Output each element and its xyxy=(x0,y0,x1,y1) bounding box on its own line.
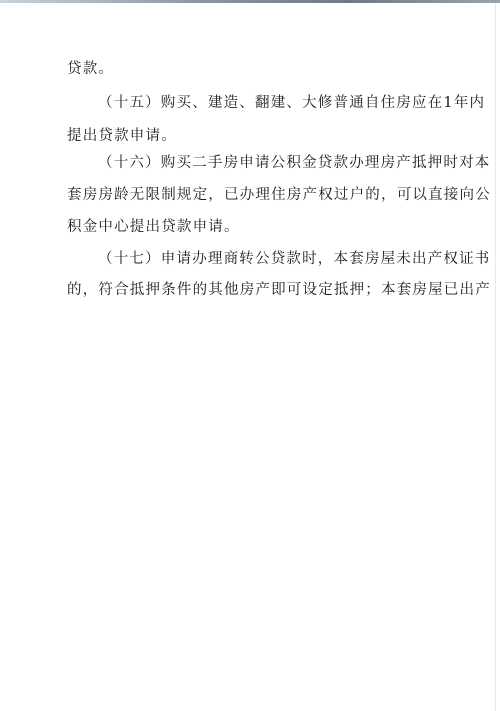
scan-right-edge xyxy=(495,3,496,711)
text-line: 套房房龄无限制规定，已办理住房产权过户的，可以直接向公 xyxy=(67,185,430,205)
text-line: 提出贷款申请。 xyxy=(67,126,430,146)
clause-17: （十七）申请办理商转公贷款时，本套房屋未出产权证书 xyxy=(67,249,461,269)
text-line: 积金中心提出贷款申请。 xyxy=(67,217,430,237)
text-line: 贷款。 xyxy=(67,59,430,79)
scan-top-edge xyxy=(0,0,500,3)
clause-15: （十五）购买、建造、翻建、大修普通自住房应在1年内 xyxy=(67,93,461,113)
text-line: 的，符合抵押条件的其他房产即可设定抵押；本套房屋已出产 xyxy=(67,280,430,300)
clause-16: （十六）购买二手房申请公积金贷款办理房产抵押时对本 xyxy=(67,153,461,173)
